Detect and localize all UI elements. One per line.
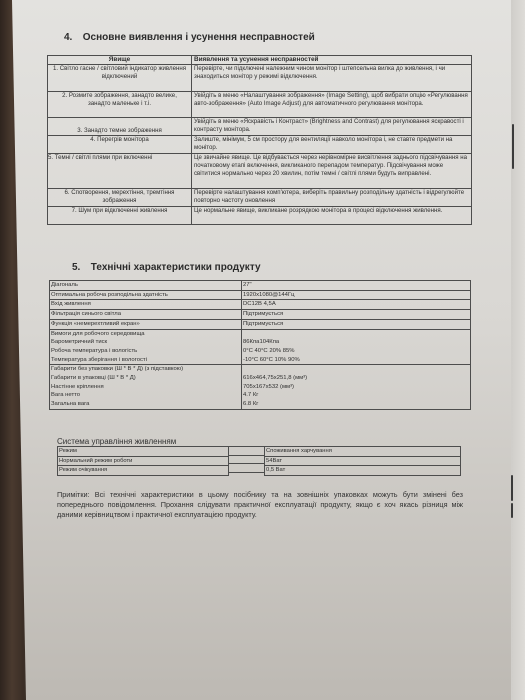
spec-row: Функція «немерехтливий екран» Підтримуєт… <box>50 319 471 329</box>
symptom-cell: 5. Темні / світлі плями при включенні <box>48 153 192 188</box>
staple-mark <box>511 475 513 501</box>
spec-label-group: Габарити без упаковки (Ш * В * Д) (з під… <box>50 365 242 410</box>
power-row: Споживання харчування <box>265 447 461 457</box>
spec-value: -10°C 60°C 10% 90% <box>243 356 469 365</box>
spec-label: Габарити без упаковки (Ш * В * Д) (з під… <box>51 365 240 374</box>
troubleshooting-table: Явище Виявлення та усунення несправносте… <box>47 55 472 225</box>
power-consumption: 0,5 Ват <box>265 466 461 476</box>
spec-label: Барометричний тиск <box>51 338 240 347</box>
symptom-cell: 7. Шум при відключенні живлення <box>48 206 192 224</box>
spec-label: Вхід живлення <box>50 300 242 310</box>
spec-value-group: 86Кпа104Кпа 0°C 40°C 20% 85% -10°C 60°C … <box>242 329 471 365</box>
spec-row-dimensions: Габарити без упаковки (Ш * В * Д) (з під… <box>50 365 471 410</box>
spec-row: Діагональ 27" <box>50 281 471 291</box>
table-row: 1. Світло гасне / світловий індикатор жи… <box>48 65 472 92</box>
spec-label: Функція «немерехтливий екран» <box>50 319 242 329</box>
power-mode: Нормальний режим роботи <box>58 456 229 466</box>
section-number: 4. <box>64 32 80 43</box>
table-row: 7. Шум при відключенні живлення Це норма… <box>48 206 472 224</box>
staple-mark <box>511 503 513 518</box>
spec-label: Оптимальна робоча розподільна здатність <box>50 290 242 300</box>
spec-label: Температура зберігання і вологості <box>51 356 240 365</box>
solution-cell: Перевірте, чи підключені належним чином … <box>192 65 472 92</box>
solution-cell: Увійдіть в меню «Яскравість і Контраст» … <box>192 118 472 136</box>
power-row: Режим <box>58 447 229 457</box>
table-row: 3. Занадто темне зображення Увійдіть в м… <box>48 118 472 136</box>
symptom-cell: 2. Розмите зображення, занадто велике, з… <box>48 92 192 118</box>
spec-label: Вимоги для робочого середовища <box>51 330 240 339</box>
table-divider <box>229 446 264 473</box>
spec-value: 86Кпа104Кпа <box>243 338 469 347</box>
power-management-title: Система управління живленням <box>57 437 176 446</box>
spec-row: Фільтрація синього світла Підтримується <box>50 310 471 320</box>
power-mode: Режим <box>58 447 229 457</box>
spec-value: 616x464,75x251,8 (мм³) <box>243 374 469 383</box>
section-5-heading: 5. Технічні характеристики продукту <box>72 262 261 273</box>
spec-label: Діагональ <box>50 281 242 291</box>
power-consumption: 54Ват <box>265 456 461 466</box>
section-title: Основне виявлення і усунення несправност… <box>83 32 315 43</box>
spec-label: Фільтрація синього світла <box>50 310 242 320</box>
table-row: 6. Спотворення, мерехтіння, тремтіння зо… <box>48 188 472 206</box>
spec-value: DC12В 4,5А <box>242 300 471 310</box>
solution-cell: Це звичайне явище. Це відбувається через… <box>192 153 472 188</box>
power-row: Режим очікування <box>58 466 229 476</box>
table-row: 4. Перегрів монітора Залиште, мінімум, 5… <box>48 136 472 153</box>
spec-value: Підтримується <box>242 319 471 329</box>
table-row: 2. Розмите зображення, занадто велике, з… <box>48 92 472 118</box>
spec-label-group: Вимоги для робочого середовища Барометри… <box>50 329 242 365</box>
spec-value: 0°C 40°C 20% 85% <box>243 347 469 356</box>
spec-label: Робоча температура і вологість <box>51 347 240 356</box>
spec-row: Вхід живлення DC12В 4,5А <box>50 300 471 310</box>
table-header-row: Явище Виявлення та усунення несправносте… <box>48 56 472 65</box>
section-title: Технічні характеристики продукту <box>91 262 261 273</box>
spec-value: Підтримується <box>242 310 471 320</box>
page-edge <box>511 0 525 700</box>
power-mode-table: Режим Нормальний режим роботи Режим очік… <box>57 446 229 476</box>
power-mode: Режим очікування <box>58 466 229 476</box>
spec-value: 1920x1080@144Гц <box>242 290 471 300</box>
spec-value: 705x167x532 (мм³) <box>243 383 469 392</box>
power-row: Нормальний режим роботи <box>58 456 229 466</box>
table-row: 5. Темні / світлі плями при включенні Це… <box>48 153 472 188</box>
notes-paragraph: Примітки: Всі технічні характеристики в … <box>57 490 463 521</box>
section-number: 5. <box>72 262 88 273</box>
spec-label: Габарити в упаковці (Ш * В * Д) <box>51 374 240 383</box>
staple-mark <box>512 124 514 169</box>
spec-label: Настінне кріплення <box>51 383 240 392</box>
power-consumption: Споживання харчування <box>265 447 461 457</box>
symptom-cell: 1. Світло гасне / світловий індикатор жи… <box>48 65 192 92</box>
symptom-cell: 6. Спотворення, мерехтіння, тремтіння зо… <box>48 188 192 206</box>
solution-cell: Перевірте налаштування комп'ютера, вибер… <box>192 188 472 206</box>
symptom-cell: 4. Перегрів монітора <box>48 136 192 153</box>
spec-row: Оптимальна робоча розподільна здатність … <box>50 290 471 300</box>
specifications-table: Діагональ 27" Оптимальна робоча розподіл… <box>49 280 471 410</box>
solution-cell: Це нормальне явище, викликане розрядкою … <box>192 206 472 224</box>
spec-value: 6.8 Кг <box>243 400 469 409</box>
spec-value: 4.7 Кг <box>243 391 469 400</box>
power-consumption-table: Споживання харчування 54Ват 0,5 Ват <box>264 446 461 476</box>
power-row: 0,5 Ват <box>265 466 461 476</box>
spec-label: Вага нетто <box>51 391 240 400</box>
spec-value: 27" <box>242 281 471 291</box>
section-4-heading: 4. Основне виявлення і усунення несправн… <box>64 32 315 43</box>
solution-cell: Увійдіть в меню «Налаштування зображення… <box>192 92 472 118</box>
spec-value-group: 616x464,75x251,8 (мм³) 705x167x532 (мм³)… <box>242 365 471 410</box>
column-header-symptom: Явище <box>48 56 192 65</box>
spec-row-environment: Вимоги для робочого середовища Барометри… <box>50 329 471 365</box>
spec-label: Загальна вага <box>51 400 240 409</box>
solution-cell: Залиште, мінімум, 5 см простору для вент… <box>192 136 472 153</box>
column-header-solution: Виявлення та усунення несправностей <box>192 56 472 65</box>
power-row: 54Ват <box>265 456 461 466</box>
symptom-cell: 3. Занадто темне зображення <box>48 118 192 136</box>
